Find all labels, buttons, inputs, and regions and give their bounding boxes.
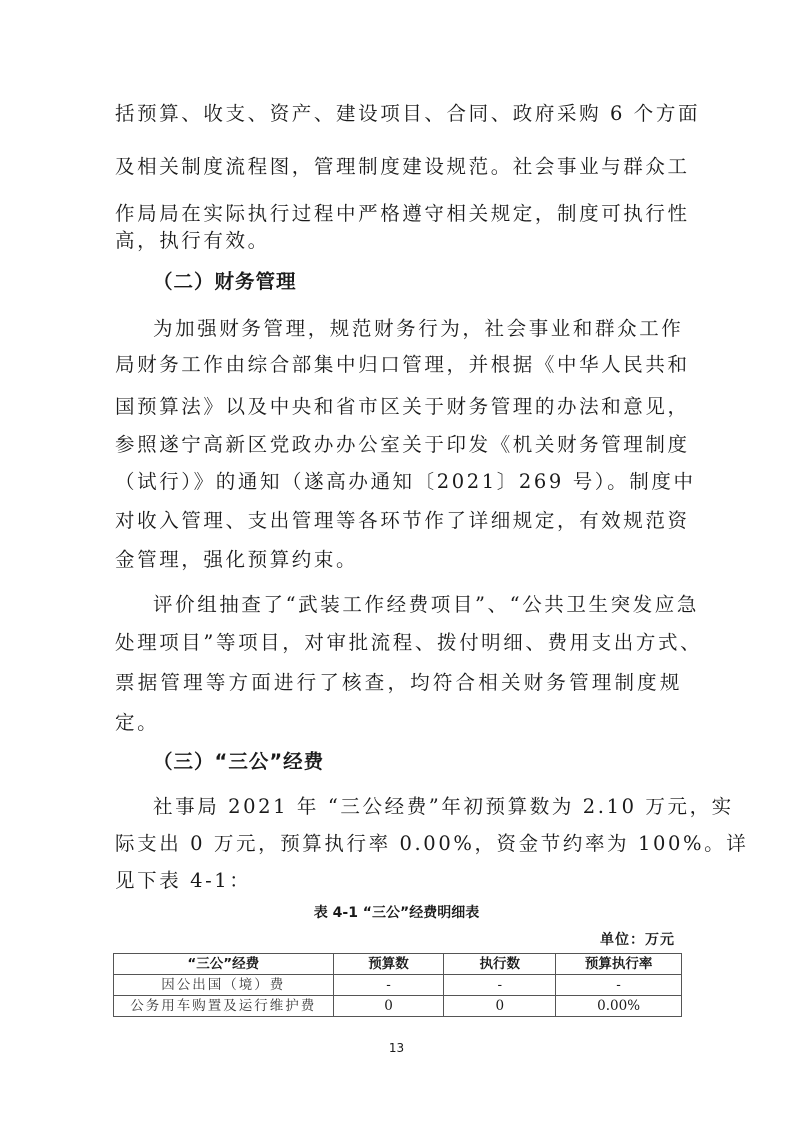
text-line: 票据管理等方面进行了核查，均符合相关财务管理制度规	[115, 669, 682, 697]
table-cell: -	[333, 975, 444, 996]
text-line: 高，执行有效。	[115, 227, 682, 255]
text-line: 及相关制度流程图，管理制度建设规范。社会事业与群众工	[115, 153, 682, 181]
table-cell: -	[556, 975, 682, 996]
table-caption: 表 4-1 “三公”经费明细表	[0, 902, 793, 922]
column-header: 执行数	[444, 954, 556, 975]
column-header: “三公”经费	[114, 954, 334, 975]
table-cell: 因公出国（境）费	[114, 975, 334, 996]
text-line: 际支出 0 万元，预算执行率 0.00%，资金节约率为 100%。详	[115, 830, 682, 858]
table-cell: 0.00%	[556, 996, 682, 1017]
table-row: 公务用车购置及运行维护费 0 0 0.00%	[114, 996, 682, 1017]
table-cell: 0	[444, 996, 556, 1017]
table-cell: 0	[333, 996, 444, 1017]
section-heading-three-public-expenses: （三）“三公”经费	[153, 748, 324, 776]
text-line: 参照遂宁高新区党政办办公室关于印发《机关财务管理制度	[115, 431, 682, 459]
text-line: 国预算法》以及中央和省市区关于财务管理的办法和意见，	[115, 393, 682, 421]
table-cell: -	[444, 975, 556, 996]
table-cell: 公务用车购置及运行维护费	[114, 996, 334, 1017]
table-header-row: “三公”经费 预算数 执行数 预算执行率	[114, 954, 682, 975]
column-header: 预算执行率	[556, 954, 682, 975]
text-line: 作局局在实际执行过程中严格遵守相关规定，制度可执行性	[115, 200, 682, 228]
text-line: 社事局 2021 年 “三公经费”年初预算数为 2.10 万元，实	[153, 793, 682, 821]
column-header: 预算数	[333, 954, 444, 975]
text-line: 对收入管理、支出管理等各环节作了详细规定，有效规范资	[115, 507, 682, 535]
text-line: 见下表 4-1：	[115, 867, 682, 895]
text-line: 处理项目”等项目，对审批流程、拨付明细、费用支出方式、	[115, 629, 682, 657]
section-heading-financial-management: （二）财务管理	[153, 268, 297, 296]
text-line: （试行）》的通知（遂高办通知〔2021〕269 号）。制度中	[115, 468, 682, 496]
text-line: 括预算、收支、资产、建设项目、合同、政府采购 6 个方面	[115, 100, 682, 128]
table-row: 因公出国（境）费 - - -	[114, 975, 682, 996]
expense-table: “三公”经费 预算数 执行数 预算执行率 因公出国（境）费 - - - 公务用车…	[113, 953, 682, 1017]
text-line: 金管理，强化预算约束。	[115, 546, 682, 574]
text-line: 定。	[115, 709, 682, 737]
table-unit-label: 单位：万元	[600, 929, 675, 949]
page-number: 13	[0, 1041, 793, 1055]
text-line: 局财务工作由综合部集中归口管理，并根据《中华人民共和	[115, 351, 682, 379]
text-line: 评价组抽查了“武装工作经费项目”、“公共卫生突发应急	[153, 591, 682, 619]
text-line: 为加强财务管理，规范财务行为，社会事业和群众工作	[153, 315, 682, 343]
